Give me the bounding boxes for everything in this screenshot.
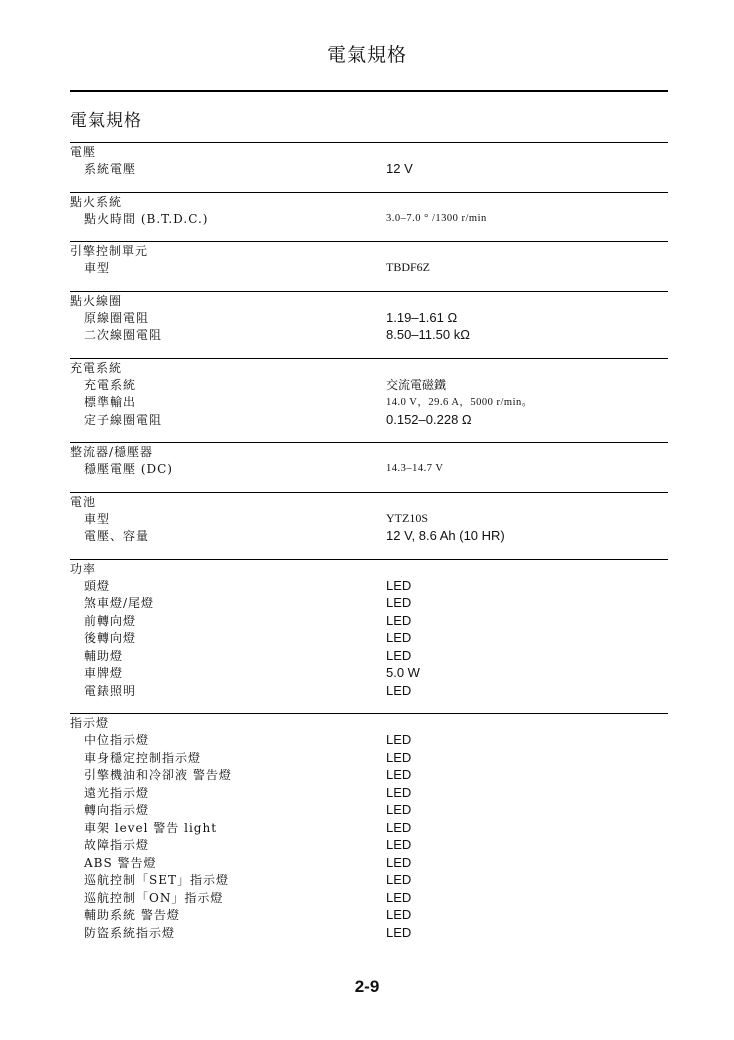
- spec-label: 引擎機油和冷卻液 警告燈: [70, 766, 386, 783]
- spec-row: 後轉向燈LED: [70, 629, 668, 647]
- spec-group-title: 指示燈: [70, 716, 668, 731]
- spec-row: 轉向指示燈LED: [70, 801, 668, 819]
- spec-value: LED: [386, 613, 411, 628]
- spec-value: LED: [386, 872, 411, 887]
- spec-row: 穩壓電壓 (DC)14.3–14.7 V: [70, 460, 668, 478]
- spec-row: 頭燈LED: [70, 577, 668, 595]
- spec-group-title: 功率: [70, 562, 668, 577]
- running-header-title: 電氣規格: [0, 40, 734, 67]
- spec-value: LED: [386, 785, 411, 800]
- header-rule: [70, 90, 668, 92]
- spec-row: ABS 警告燈LED: [70, 854, 668, 872]
- spec-value: YTZ10S: [386, 511, 428, 526]
- spec-value: LED: [386, 683, 411, 698]
- spec-row: 點火時間 (B.T.D.C.)3.0–7.0 ° /1300 r/min: [70, 210, 668, 228]
- spec-label: 故障指示燈: [70, 836, 386, 853]
- spec-value: 0.152–0.228 Ω: [386, 412, 472, 427]
- spec-label: 巡航控制「SET」指示燈: [70, 871, 386, 888]
- spec-row: 巡航控制「ON」指示燈LED: [70, 889, 668, 907]
- spec-row: 車型TBDF6Z: [70, 259, 668, 277]
- spec-value: LED: [386, 767, 411, 782]
- spec-label: 前轉向燈: [70, 612, 386, 629]
- spec-label: 電錶照明: [70, 682, 386, 699]
- spec-row: 輔助系統 警告燈LED: [70, 906, 668, 924]
- spec-value: LED: [386, 855, 411, 870]
- spec-group: 功率頭燈LED煞車燈/尾燈LED前轉向燈LED後轉向燈LED輔助燈LED車牌燈5…: [70, 559, 668, 714]
- spec-label: 中位指示燈: [70, 731, 386, 748]
- spec-label: 標準輸出: [70, 393, 386, 410]
- spec-label: 系統電壓: [70, 160, 386, 177]
- spec-value: LED: [386, 648, 411, 663]
- spec-value: LED: [386, 595, 411, 610]
- spec-group: 引擎控制單元車型TBDF6Z: [70, 241, 668, 291]
- spec-row: 巡航控制「SET」指示燈LED: [70, 871, 668, 889]
- spec-group-title: 點火系統: [70, 195, 668, 210]
- spec-label: 車型: [70, 259, 386, 276]
- group-spacer: [70, 699, 668, 713]
- spec-label: ABS 警告燈: [70, 854, 386, 871]
- spec-row: 車牌燈5.0 W: [70, 664, 668, 682]
- spec-row: 煞車燈/尾燈LED: [70, 594, 668, 612]
- spec-row: 定子線圈電阻0.152–0.228 Ω: [70, 411, 668, 429]
- spec-value: 12 V: [386, 161, 413, 176]
- spec-group-title: 電池: [70, 495, 668, 510]
- spec-row: 引擎機油和冷卻液 警告燈LED: [70, 766, 668, 784]
- spec-value: LED: [386, 578, 411, 593]
- spec-group: 充電系統充電系統交流電磁鐵標準輸出14.0 V，29.6 A，5000 r/mi…: [70, 358, 668, 443]
- spec-value: 交流電磁鐵: [386, 376, 446, 393]
- spec-value: LED: [386, 890, 411, 905]
- spec-table: 電壓系統電壓12 V點火系統點火時間 (B.T.D.C.)3.0–7.0 ° /…: [70, 142, 668, 941]
- spec-label: 巡航控制「ON」指示燈: [70, 889, 386, 906]
- spec-value: 14.0 V，29.6 A，5000 r/min。: [386, 394, 533, 409]
- spec-row: 電壓、容量12 V, 8.6 Ah (10 HR): [70, 527, 668, 545]
- group-spacer: [70, 478, 668, 492]
- spec-label: 二次線圈電阻: [70, 326, 386, 343]
- group-spacer: [70, 178, 668, 192]
- spec-group: 電壓系統電壓12 V: [70, 142, 668, 192]
- spec-value: LED: [386, 837, 411, 852]
- page-number: 2-9: [0, 977, 734, 997]
- spec-row: 故障指示燈LED: [70, 836, 668, 854]
- spec-row: 前轉向燈LED: [70, 612, 668, 630]
- group-spacer: [70, 227, 668, 241]
- spec-value: 5.0 W: [386, 665, 420, 680]
- spec-row: 電錶照明LED: [70, 682, 668, 700]
- spec-label: 充電系統: [70, 376, 386, 393]
- spec-label: 穩壓電壓 (DC): [70, 460, 386, 477]
- group-spacer: [70, 344, 668, 358]
- spec-group: 電池車型YTZ10S電壓、容量12 V, 8.6 Ah (10 HR): [70, 492, 668, 559]
- spec-label: 遠光指示燈: [70, 784, 386, 801]
- spec-label: 定子線圈電阻: [70, 411, 386, 428]
- spec-group: 點火系統點火時間 (B.T.D.C.)3.0–7.0 ° /1300 r/min: [70, 192, 668, 242]
- group-spacer: [70, 428, 668, 442]
- spec-label: 轉向指示燈: [70, 801, 386, 818]
- spec-label: 車牌燈: [70, 664, 386, 681]
- spec-row: 標準輸出14.0 V，29.6 A，5000 r/min。: [70, 393, 668, 411]
- spec-label: 原線圈電阻: [70, 309, 386, 326]
- spec-row: 輔助燈LED: [70, 647, 668, 665]
- spec-row: 防盜系統指示燈LED: [70, 924, 668, 942]
- spec-label: 頭燈: [70, 577, 386, 594]
- spec-value: LED: [386, 750, 411, 765]
- spec-row: 車型YTZ10S: [70, 510, 668, 528]
- spec-group-title: 電壓: [70, 145, 668, 160]
- group-spacer: [70, 545, 668, 559]
- spec-row: 中位指示燈LED: [70, 731, 668, 749]
- spec-group-title: 點火線圈: [70, 294, 668, 309]
- spec-label: 車型: [70, 510, 386, 527]
- spec-group: 整流器/穩壓器穩壓電壓 (DC)14.3–14.7 V: [70, 442, 668, 492]
- spec-value: LED: [386, 820, 411, 835]
- spec-value: LED: [386, 907, 411, 922]
- spec-group: 指示燈中位指示燈LED車身穩定控制指示燈LED引擎機油和冷卻液 警告燈LED遠光…: [70, 713, 668, 941]
- spec-value: LED: [386, 732, 411, 747]
- spec-row: 系統電壓12 V: [70, 160, 668, 178]
- spec-row: 車架 level 警告 lightLED: [70, 819, 668, 837]
- spec-value: LED: [386, 630, 411, 645]
- spec-group-title: 整流器/穩壓器: [70, 445, 668, 460]
- spec-label: 防盜系統指示燈: [70, 924, 386, 941]
- spec-value: LED: [386, 925, 411, 940]
- spec-label: 輔助系統 警告燈: [70, 906, 386, 923]
- spec-value: 14.3–14.7 V: [386, 463, 444, 474]
- spec-value: 3.0–7.0 ° /1300 r/min: [386, 213, 487, 224]
- spec-value: 1.19–1.61 Ω: [386, 310, 457, 325]
- spec-label: 點火時間 (B.T.D.C.): [70, 210, 386, 227]
- spec-row: 遠光指示燈LED: [70, 784, 668, 802]
- group-spacer: [70, 277, 668, 291]
- spec-row: 充電系統交流電磁鐵: [70, 376, 668, 394]
- spec-row: 二次線圈電阻8.50–11.50 kΩ: [70, 326, 668, 344]
- spec-group-title: 充電系統: [70, 361, 668, 376]
- spec-label: 煞車燈/尾燈: [70, 594, 386, 611]
- spec-value: TBDF6Z: [386, 260, 430, 275]
- spec-row: 原線圈電阻1.19–1.61 Ω: [70, 309, 668, 327]
- spec-label: 車架 level 警告 light: [70, 819, 386, 836]
- spec-label: 車身穩定控制指示燈: [70, 749, 386, 766]
- spec-value: LED: [386, 802, 411, 817]
- spec-group: 點火線圈原線圈電阻1.19–1.61 Ω二次線圈電阻8.50–11.50 kΩ: [70, 291, 668, 358]
- spec-label: 後轉向燈: [70, 629, 386, 646]
- spec-label: 輔助燈: [70, 647, 386, 664]
- section-title: 電氣規格: [70, 106, 142, 131]
- spec-label: 電壓、容量: [70, 527, 386, 544]
- spec-value: 8.50–11.50 kΩ: [386, 327, 470, 342]
- spec-value: 12 V, 8.6 Ah (10 HR): [386, 528, 505, 543]
- spec-row: 車身穩定控制指示燈LED: [70, 749, 668, 767]
- spec-group-title: 引擎控制單元: [70, 244, 668, 259]
